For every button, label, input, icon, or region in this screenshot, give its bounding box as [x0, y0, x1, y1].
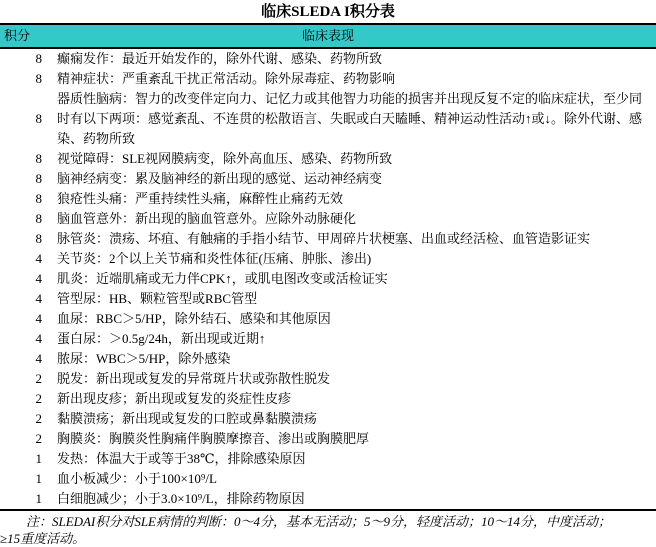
- score-cell: 8: [0, 209, 42, 229]
- manifestation-cell: 癫痫发作：最近开始发作的，除外代谢、感染、药物所致: [42, 49, 656, 69]
- manifestation-cell: 脑血管意外：新出现的脑血管意外。应除外动脉硬化: [42, 209, 656, 229]
- score-cell: 8: [0, 169, 42, 189]
- column-header-score: 积分: [4, 25, 30, 47]
- score-cell: 1: [0, 449, 42, 469]
- table-row: 1 白细胞减少；小于3.0×10⁹/L，排除药物原因: [0, 489, 656, 509]
- manifestation-cell: 视觉障碍：SLE视网膜病变，除外高血压、感染、药物所致: [42, 149, 656, 169]
- table-row: 4 关节炎：2个以上关节痛和炎性体征(压痛、肿胀、渗出): [0, 249, 656, 269]
- manifestation-cell: 血尿：RBC＞5/HP，除外结石、感染和其他原因: [42, 309, 656, 329]
- score-cell: 8: [0, 189, 42, 209]
- table-row: 8 脑神经病变：累及脑神经的新出现的感觉、运动神经病变: [0, 169, 656, 189]
- score-cell: 4: [0, 249, 42, 269]
- score-cell: 8: [0, 69, 42, 89]
- manifestation-cell: 管型尿：HB、颗粒管型或RBC管型: [42, 289, 656, 309]
- manifestation-cell: 脓尿：WBC＞5/HP，除外感染: [42, 349, 656, 369]
- table-row: 2 黏膜溃疡；新出现或复发的口腔或鼻黏膜溃疡: [0, 409, 656, 429]
- manifestation-cell: 脉管炎：溃疡、坏疽、有触痛的手指小结节、甲周碎片状梗塞、出血或经活检、血管造影证…: [42, 229, 656, 249]
- table-row: 8 癫痫发作：最近开始发作的，除外代谢、感染、药物所致: [0, 49, 656, 69]
- table-row: 4 肌炎：近端肌痛或无力伴CPK↑，或肌电图改变或活检证实: [0, 269, 656, 289]
- score-cell: 2: [0, 429, 42, 449]
- manifestation-cell: 蛋白尿：＞0.5g/24h，新出现或近期↑: [42, 329, 656, 349]
- footnote: 注：SLEDAI积分对SLE病情的判断：0～4分，基本无活动；5～9分，轻度活动…: [0, 511, 656, 547]
- score-cell: 1: [0, 469, 42, 489]
- score-cell: 8: [0, 229, 42, 249]
- manifestation-cell: 狼疮性头痛：严重持续性头痛，麻醉性止痛药无效: [42, 189, 656, 209]
- manifestation-cell: 血小板减少：小于100×10⁹/L: [42, 469, 656, 489]
- manifestation-cell: 关节炎：2个以上关节痛和炎性体征(压痛、肿胀、渗出): [42, 249, 656, 269]
- score-cell: 4: [0, 309, 42, 329]
- score-cell: 4: [0, 269, 42, 289]
- column-header-manifestation: 临床表现: [0, 25, 656, 47]
- manifestation-cell: 精神症状：严重紊乱干扰正常活动。除外尿毒症、药物影响: [42, 69, 656, 89]
- manifestation-cell: 发热：体温大于或等于38℃，排除感染原因: [42, 449, 656, 469]
- footnote-line: ≥15重度活动。: [0, 530, 656, 547]
- table-row: 8 狼疮性头痛：严重持续性头痛，麻醉性止痛药无效: [0, 189, 656, 209]
- manifestation-cell: 肌炎：近端肌痛或无力伴CPK↑，或肌电图改变或活检证实: [42, 269, 656, 289]
- score-cell: 8: [0, 109, 42, 129]
- table-row: 8 脉管炎：溃疡、坏疽、有触痛的手指小结节、甲周碎片状梗塞、出血或经活检、血管造…: [0, 229, 656, 249]
- score-cell: 1: [0, 489, 42, 509]
- manifestation-cell: 器质性脑病：智力的改变伴定向力、记忆力或其他智力功能的损害并出现反复不定的临床症…: [42, 89, 656, 149]
- document-page: 临床SLEDA I积分表 积分 临床表现 8 癫痫发作：最近开始发作的，除外代谢…: [0, 0, 656, 547]
- table-row: 4 脓尿：WBC＞5/HP，除外感染: [0, 349, 656, 369]
- sledai-score-table: 积分 临床表现 8 癫痫发作：最近开始发作的，除外代谢、感染、药物所致 8 精神…: [0, 23, 656, 511]
- table-row: 8 脑血管意外：新出现的脑血管意外。应除外动脉硬化: [0, 209, 656, 229]
- table-row: 1 发热：体温大于或等于38℃，排除感染原因: [0, 449, 656, 469]
- score-cell: 8: [0, 149, 42, 169]
- footnote-line: 注：SLEDAI积分对SLE病情的判断：0～4分，基本无活动；5～9分，轻度活动…: [0, 513, 656, 530]
- score-cell: 4: [0, 329, 42, 349]
- table-row: 2 新出现皮疹；新出现或复发的炎症性皮疹: [0, 389, 656, 409]
- table-row: 2 脱发：新出现或复发的异常斑片状或弥散性脱发: [0, 369, 656, 389]
- table-row: 4 管型尿：HB、颗粒管型或RBC管型: [0, 289, 656, 309]
- manifestation-cell: 脑神经病变：累及脑神经的新出现的感觉、运动神经病变: [42, 169, 656, 189]
- score-cell: 8: [0, 49, 42, 69]
- table-row: 1 血小板减少：小于100×10⁹/L: [0, 469, 656, 489]
- table-row: 8 器质性脑病：智力的改变伴定向力、记忆力或其他智力功能的损害并出现反复不定的临…: [0, 89, 656, 149]
- table-row: 8 精神症状：严重紊乱干扰正常活动。除外尿毒症、药物影响: [0, 69, 656, 89]
- table-row: 2 胸膜炎：胸膜炎性胸痛伴胸膜摩擦音、渗出或胸膜肥厚: [0, 429, 656, 449]
- manifestation-cell: 新出现皮疹；新出现或复发的炎症性皮疹: [42, 389, 656, 409]
- score-cell: 4: [0, 289, 42, 309]
- table-row: 4 蛋白尿：＞0.5g/24h，新出现或近期↑: [0, 329, 656, 349]
- table-row: 4 血尿：RBC＞5/HP，除外结石、感染和其他原因: [0, 309, 656, 329]
- table-body: 8 癫痫发作：最近开始发作的，除外代谢、感染、药物所致 8 精神症状：严重紊乱干…: [0, 49, 656, 511]
- manifestation-cell: 黏膜溃疡；新出现或复发的口腔或鼻黏膜溃疡: [42, 409, 656, 429]
- score-cell: 2: [0, 409, 42, 429]
- score-cell: 2: [0, 389, 42, 409]
- manifestation-cell: 胸膜炎：胸膜炎性胸痛伴胸膜摩擦音、渗出或胸膜肥厚: [42, 429, 656, 449]
- manifestation-cell: 脱发：新出现或复发的异常斑片状或弥散性脱发: [42, 369, 656, 389]
- table-header-row: 积分 临床表现: [0, 23, 656, 49]
- table-row: 8 视觉障碍：SLE视网膜病变，除外高血压、感染、药物所致: [0, 149, 656, 169]
- manifestation-cell: 白细胞减少；小于3.0×10⁹/L，排除药物原因: [42, 489, 656, 509]
- score-cell: 2: [0, 369, 42, 389]
- page-title: 临床SLEDA I积分表: [0, 0, 656, 23]
- score-cell: 4: [0, 349, 42, 369]
